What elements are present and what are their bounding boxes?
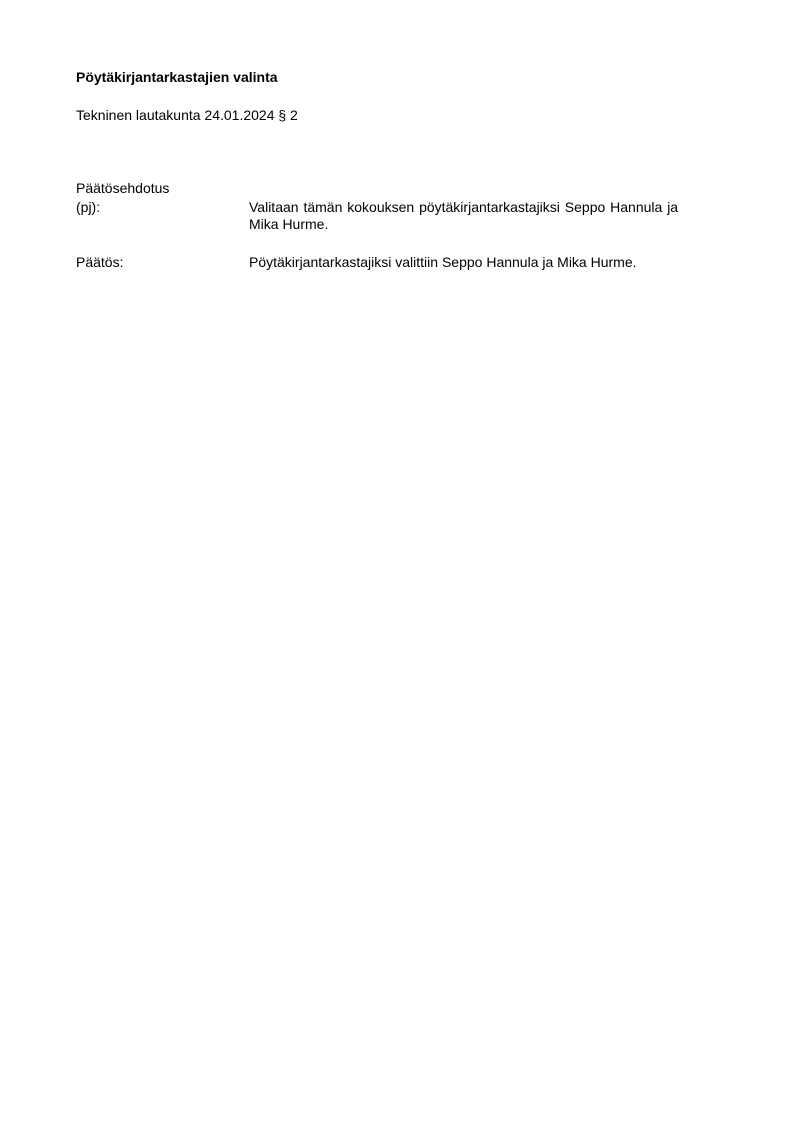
- proposal-text-line2: Mika Hurme.: [249, 216, 328, 233]
- decision-label: Päätös:: [76, 254, 123, 271]
- decision-text: Pöytäkirjantarkastajiksi valittiin Seppo…: [249, 254, 637, 271]
- meeting-reference: Tekninen lautakunta 24.01.2024 § 2: [76, 107, 298, 124]
- proposal-label-line2: (pj):: [76, 199, 100, 216]
- document-title: Pöytäkirjantarkastajien valinta: [76, 69, 278, 86]
- proposal-text-line1: Valitaan tämän kokouksen pöytäkirjantark…: [249, 199, 678, 216]
- proposal-label-line1: Päätösehdotus: [76, 180, 169, 197]
